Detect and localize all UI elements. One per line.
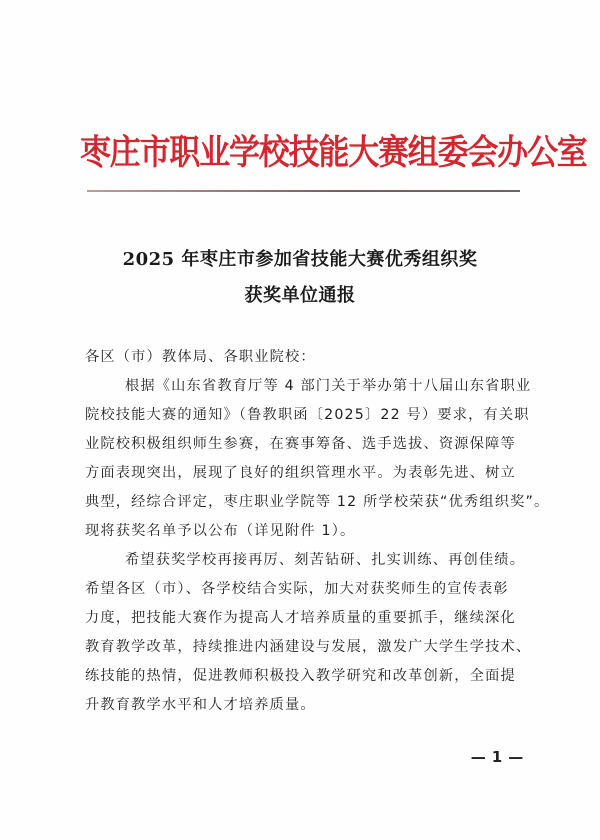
issuing-office-header: 枣庄市职业学校技能大赛组委会办公室 bbox=[80, 128, 525, 177]
salutation: 各区（市）教体局、各职业院校： bbox=[85, 343, 521, 372]
paragraph-1-line: 典型，经综合评定，枣庄职业学院等 12 所学校荣获“优秀组织奖”。 bbox=[85, 488, 521, 517]
paragraph-1-line: 现将获奖名单予以公布（详见附件 1）。 bbox=[85, 517, 521, 546]
paragraph-2-line: 希望获奖学校再接再厉、刻苦钻研、扎实训练、再创佳绩。 bbox=[85, 546, 521, 575]
header-separator-line bbox=[87, 190, 520, 192]
paragraph-1-line: 根据《山东省教育厅等 4 部门关于举办第十八届山东省职业 bbox=[85, 372, 521, 401]
paragraph-2-line: 希望各区（市）、各学校结合实际，加大对获奖师生的宣传表彰 bbox=[85, 575, 521, 604]
document-title-line-2: 获奖单位通报 bbox=[60, 284, 540, 308]
paragraph-1-line: 业院校积极组织师生参赛，在赛事筹备、选手选拔、资源保障等 bbox=[85, 430, 521, 459]
document-body: 各区（市）教体局、各职业院校： 根据《山东省教育厅等 4 部门关于举办第十八届山… bbox=[85, 343, 521, 720]
paragraph-1-line: 院校技能大赛的通知》（鲁教职函〔2025〕22 号）要求，有关职 bbox=[85, 401, 521, 430]
document-page: 枣庄市职业学校技能大赛组委会办公室 2025 年枣庄市参加省技能大赛优秀组织奖 … bbox=[0, 0, 600, 840]
page-number: —1— bbox=[470, 748, 530, 766]
paragraph-2-line: 力度，把技能大赛作为提高人才培养质量的重要抓手，继续深化 bbox=[85, 604, 521, 633]
paragraph-1-line: 方面表现突出，展现了良好的组织管理水平。为表彰先进、树立 bbox=[85, 459, 521, 488]
paragraph-2-line: 教育教学改革，持续推进内涵建设与发展，激发广大学生学技术、 bbox=[85, 633, 521, 662]
paragraph-2-line: 升教育教学水平和人才培养质量。 bbox=[85, 691, 521, 720]
paragraph-2-line: 练技能的热情，促进教师积极投入教学研究和改革创新，全面提 bbox=[85, 662, 521, 691]
document-title-line-1: 2025 年枣庄市参加省技能大赛优秀组织奖 bbox=[60, 248, 540, 272]
